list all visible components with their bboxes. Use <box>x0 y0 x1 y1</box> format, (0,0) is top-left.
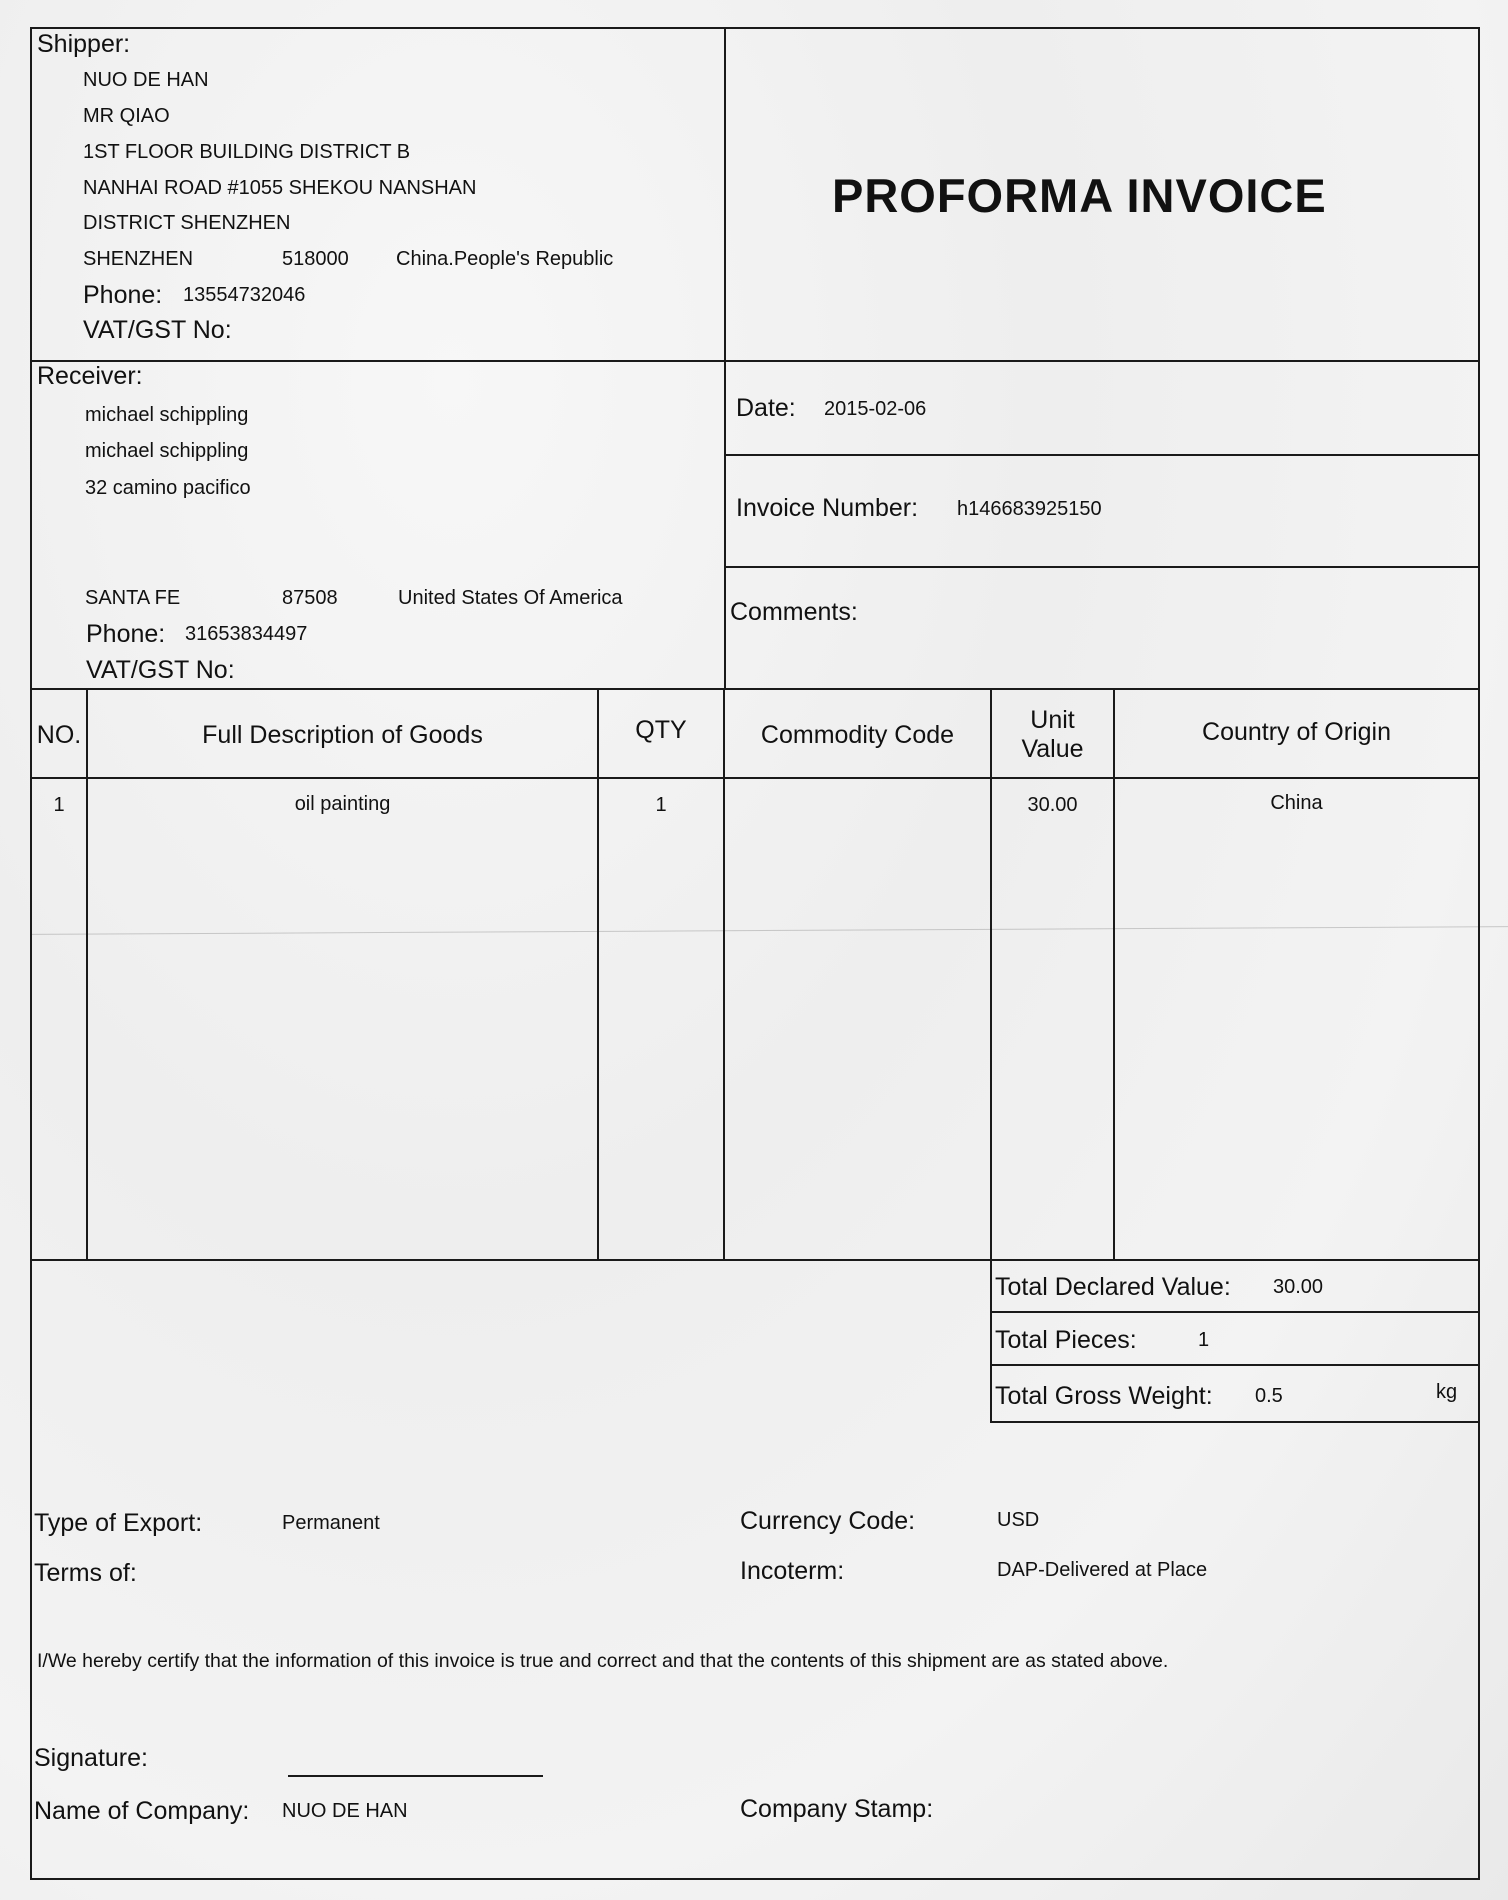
shipper-vat-label: VAT/GST No: <box>83 316 232 345</box>
company-name-value: NUO DE HAN <box>282 1800 408 1823</box>
company-name-label: Name of Company: <box>34 1797 249 1826</box>
row-description: oil painting <box>88 793 597 816</box>
total-weight-unit: kg <box>1436 1381 1457 1404</box>
export-type-label: Type of Export: <box>34 1509 202 1538</box>
totals-divider <box>990 1311 1480 1313</box>
frame-right <box>1478 27 1480 1880</box>
receiver-country: United States Of America <box>398 587 623 610</box>
header-commodity-code: Commodity Code <box>725 721 990 750</box>
shipper-label: Shipper: <box>37 30 130 59</box>
receiver-phone: 31653834497 <box>185 623 307 646</box>
total-weight-label: Total Gross Weight: <box>995 1382 1213 1411</box>
total-declared-value: 30.00 <box>1273 1276 1323 1299</box>
table-top <box>30 688 1480 690</box>
receiver-line: michael schippling <box>85 440 248 463</box>
certification-statement: I/We hereby certify that the information… <box>37 1650 1168 1673</box>
incoterm-label: Incoterm: <box>740 1557 844 1586</box>
shipper-line: NANHAI ROAD #1055 SHEKOU NANSHAN <box>83 177 476 200</box>
row-unit-value: 30.00 <box>992 794 1113 817</box>
shipper-city: SHENZHEN <box>83 248 193 271</box>
currency-code-value: USD <box>997 1509 1039 1532</box>
frame-bottom <box>30 1878 1480 1880</box>
shipper-line: DISTRICT SHENZHEN <box>83 212 290 235</box>
header-unit-value: Unit Value <box>992 706 1113 764</box>
date-label: Date: <box>736 394 796 423</box>
total-weight-value: 0.5 <box>1255 1385 1283 1408</box>
col-divider <box>597 688 599 1260</box>
shipper-line: NUO DE HAN <box>83 69 209 92</box>
header-unit-line1: Unit <box>992 706 1113 735</box>
total-declared-label: Total Declared Value: <box>995 1273 1231 1302</box>
comments-label: Comments: <box>730 598 858 627</box>
col-divider <box>1113 688 1115 1260</box>
shipper-receiver-divider <box>30 360 1480 362</box>
company-stamp-label: Company Stamp: <box>740 1795 933 1824</box>
receiver-line: michael schippling <box>85 404 248 427</box>
receiver-vat-label: VAT/GST No: <box>86 656 235 685</box>
frame-left <box>30 27 32 1880</box>
frame-top <box>30 27 1480 29</box>
table-header-bottom <box>30 777 1480 779</box>
invoice-number-value: h146683925150 <box>957 498 1102 521</box>
paper-crease <box>30 926 1508 935</box>
header-no: NO. <box>32 721 86 750</box>
export-type-value: Permanent <box>282 1512 380 1535</box>
row-qty: 1 <box>599 794 723 817</box>
invoice-number-label: Invoice Number: <box>736 494 918 523</box>
totals-divider <box>990 1364 1480 1366</box>
signature-line[interactable] <box>288 1775 543 1777</box>
terms-label: Terms of: <box>34 1559 137 1588</box>
date-value: 2015-02-06 <box>824 398 926 421</box>
incoterm-value: DAP-Delivered at Place <box>997 1559 1207 1582</box>
totals-bottom <box>990 1421 1480 1423</box>
page-title: PROFORMA INVOICE <box>832 168 1327 223</box>
header-qty: QTY <box>599 716 723 745</box>
receiver-postcode: 87508 <box>282 587 338 610</box>
total-pieces-value: 1 <box>1198 1329 1209 1352</box>
shipper-line: 1ST FLOOR BUILDING DISTRICT B <box>83 141 410 164</box>
receiver-phone-label: Phone: <box>86 620 165 649</box>
receiver-line: 32 camino pacifico <box>85 477 251 500</box>
invoice-divider <box>724 566 1480 568</box>
receiver-city: SANTA FE <box>85 587 180 610</box>
shipper-phone: 13554732046 <box>183 284 305 307</box>
receiver-label: Receiver: <box>37 362 143 391</box>
header-description: Full Description of Goods <box>88 721 597 750</box>
shipper-postcode: 518000 <box>282 248 349 271</box>
row-no: 1 <box>32 794 86 817</box>
shipper-phone-label: Phone: <box>83 281 162 310</box>
col-divider <box>723 688 725 1260</box>
shipper-line: MR QIAO <box>83 105 170 128</box>
total-pieces-label: Total Pieces: <box>995 1326 1137 1355</box>
shipper-country: China.People's Republic <box>396 248 613 271</box>
totals-left <box>990 1259 992 1423</box>
top-divider <box>724 27 726 688</box>
currency-code-label: Currency Code: <box>740 1507 915 1536</box>
header-unit-line2: Value <box>992 735 1113 764</box>
col-divider <box>990 688 992 1260</box>
header-country-of-origin: Country of Origin <box>1115 718 1478 747</box>
date-divider <box>724 454 1480 456</box>
table-bottom <box>30 1259 1480 1261</box>
row-origin: China <box>1115 792 1478 815</box>
signature-label: Signature: <box>34 1744 148 1773</box>
col-divider <box>86 688 88 1260</box>
